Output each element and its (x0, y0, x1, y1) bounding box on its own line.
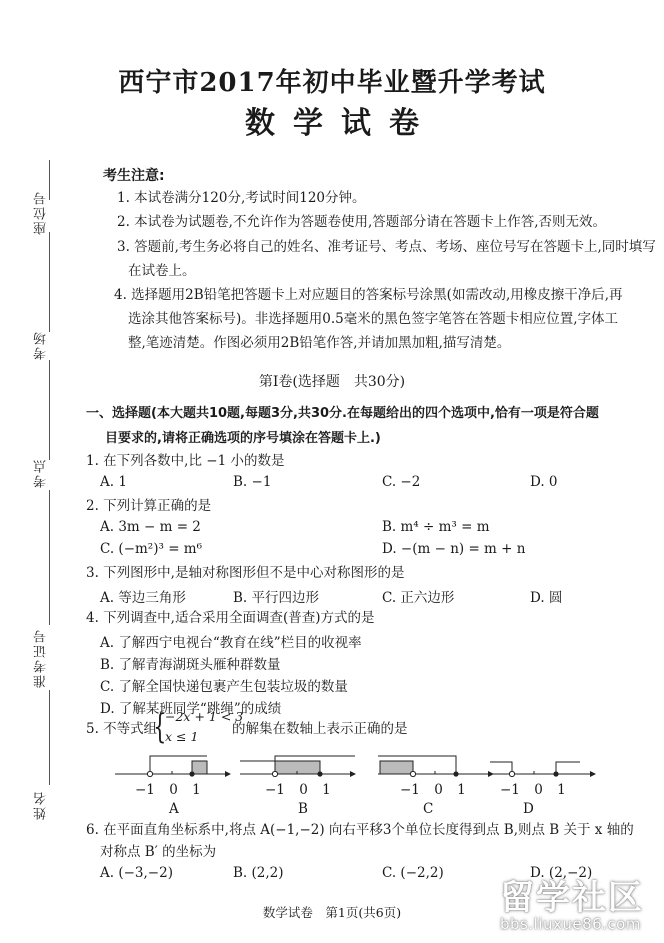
tick-labels-a: −1 0 1 (135, 781, 201, 799)
question-stem: 2. 下列计算正确的是 (86, 497, 211, 515)
exam-room-label: 考场 (32, 330, 51, 360)
watermark-url: bbs.liuxue86.com (500, 916, 650, 932)
notice-item-4: 4. 选择题用2B铅笔把答题卡上对应题目的答案标号涂黑(如需改动,用橡皮擦干净后… (114, 286, 623, 304)
exam-title: 西宁市2017年初中毕业暨升学考试 (0, 62, 664, 99)
option-b[interactable]: B. 平行四边形 (233, 586, 319, 606)
figure-label-a: A (169, 800, 179, 818)
notice-item-2: 2. 本试卷为试题卷,不允许作为答题卷使用,答题部分请在答题卡上作答,否则无效。 (117, 213, 606, 231)
figure-label-d: D (523, 800, 534, 818)
exam-subtitle: 数学试卷 (0, 98, 664, 142)
option-c[interactable]: C. (−m²)³ = m⁶ (100, 541, 202, 557)
question-stem: 4. 下列调查中,适合采用全面调查(普查)方式的是 (86, 609, 375, 627)
figure-label-b: B (298, 800, 308, 818)
question-stem-prefix: 5. 不等式组 (86, 720, 157, 738)
notice-item-3-cont: 在试卷上。 (128, 262, 196, 280)
tick-labels-c: −1 0 1 (400, 781, 466, 799)
question-stem: 3. 下列图形中,是轴对称图形但不是中心对称图形的是 (86, 564, 404, 582)
question-stem-suffix: 的解集在数轴上表示正确的是 (232, 720, 408, 738)
seat-number-label: 座位号 (32, 190, 51, 235)
option-c[interactable]: C. 正六边形 (382, 586, 454, 606)
watermark-logo: 留学社区 bbs.liuxue86.com (500, 880, 650, 940)
admission-number-field[interactable] (49, 690, 50, 785)
watermark-brand: 留学社区 (500, 880, 650, 916)
option-a[interactable]: A. 3m − m = 2 (100, 519, 201, 535)
notice-item-1: 1. 本试卷满分120分,考试时间120分钟。 (117, 189, 366, 207)
notice-item-4-cont1: 选涂其他答案标号)。非选择题用0.5毫米的黑色签字笔答在答题卡相应位置,字体工 (128, 310, 618, 328)
figure-label-c: C (423, 800, 433, 818)
option-a[interactable]: A. 等边三角形 (100, 586, 186, 606)
option-c[interactable]: C. −2 (382, 474, 420, 490)
notice-item-4-cont2: 整,笔迹清楚。作图必须用2B铅笔作答,并请加黑加粗,描写清楚。 (128, 334, 510, 352)
notice-item-3: 3. 答题前,考生务必将自己的姓名、准考证号、考点、考场、座位号写在答题卡上,同… (117, 238, 656, 256)
section-title-line1: 一、选择题(本大题共10题,每题3分,共30分.在每题给出的四个选项中,恰有一项… (86, 405, 599, 423)
option-b[interactable]: B. 了解青海湖斑头雁种群数量 (100, 653, 281, 673)
option-a[interactable]: A. 1 (100, 474, 127, 490)
question-stem-line2: 对称点 B′ 的坐标为 (100, 843, 216, 861)
section-title-line2: 目要求的,请将正确选项的序号填涂在答题卡上.) (105, 430, 381, 448)
option-c[interactable]: C. 了解全国快递包裹产生包装垃圾的数量 (100, 675, 348, 695)
question-stem: 1. 在下列各数中,比 −1 小的数是 (86, 452, 284, 470)
option-d[interactable]: D. 圆 (530, 586, 562, 606)
part1-heading: 第Ⅰ卷(选择题 共30分) (0, 371, 664, 391)
exam-site-field[interactable] (49, 490, 50, 625)
notice-heading: 考生注意: (103, 165, 165, 185)
option-b[interactable]: B. (2,2) (233, 865, 284, 881)
tick-labels-b: −1 0 1 (265, 781, 331, 799)
option-d[interactable]: D. 0 (530, 474, 558, 490)
option-b[interactable]: B. m⁴ ÷ m³ = m (382, 519, 490, 535)
option-c[interactable]: C. (−2,2) (382, 865, 444, 881)
tick-labels-d: −1 0 1 (500, 781, 566, 799)
name-label: 姓名 (32, 790, 51, 820)
option-a[interactable]: A. 了解西宁电视台“教育在线”栏目的收视率 (100, 631, 362, 651)
admission-number-label: 准考证号 (32, 628, 51, 688)
option-a[interactable]: A. (−3,−2) (100, 865, 173, 881)
option-b[interactable]: B. −1 (233, 474, 271, 490)
seat-number-field[interactable] (49, 232, 50, 332)
option-d[interactable]: D. −(m − n) = m + n (382, 541, 525, 557)
inequality-2: x ≤ 1 (165, 728, 198, 746)
question-stem-line1: 6. 在平面直角坐标系中,将点 A(−1,−2) 向右平移3个单位长度得到点 B… (86, 821, 634, 839)
exam-site-label: 考点 (32, 458, 51, 488)
